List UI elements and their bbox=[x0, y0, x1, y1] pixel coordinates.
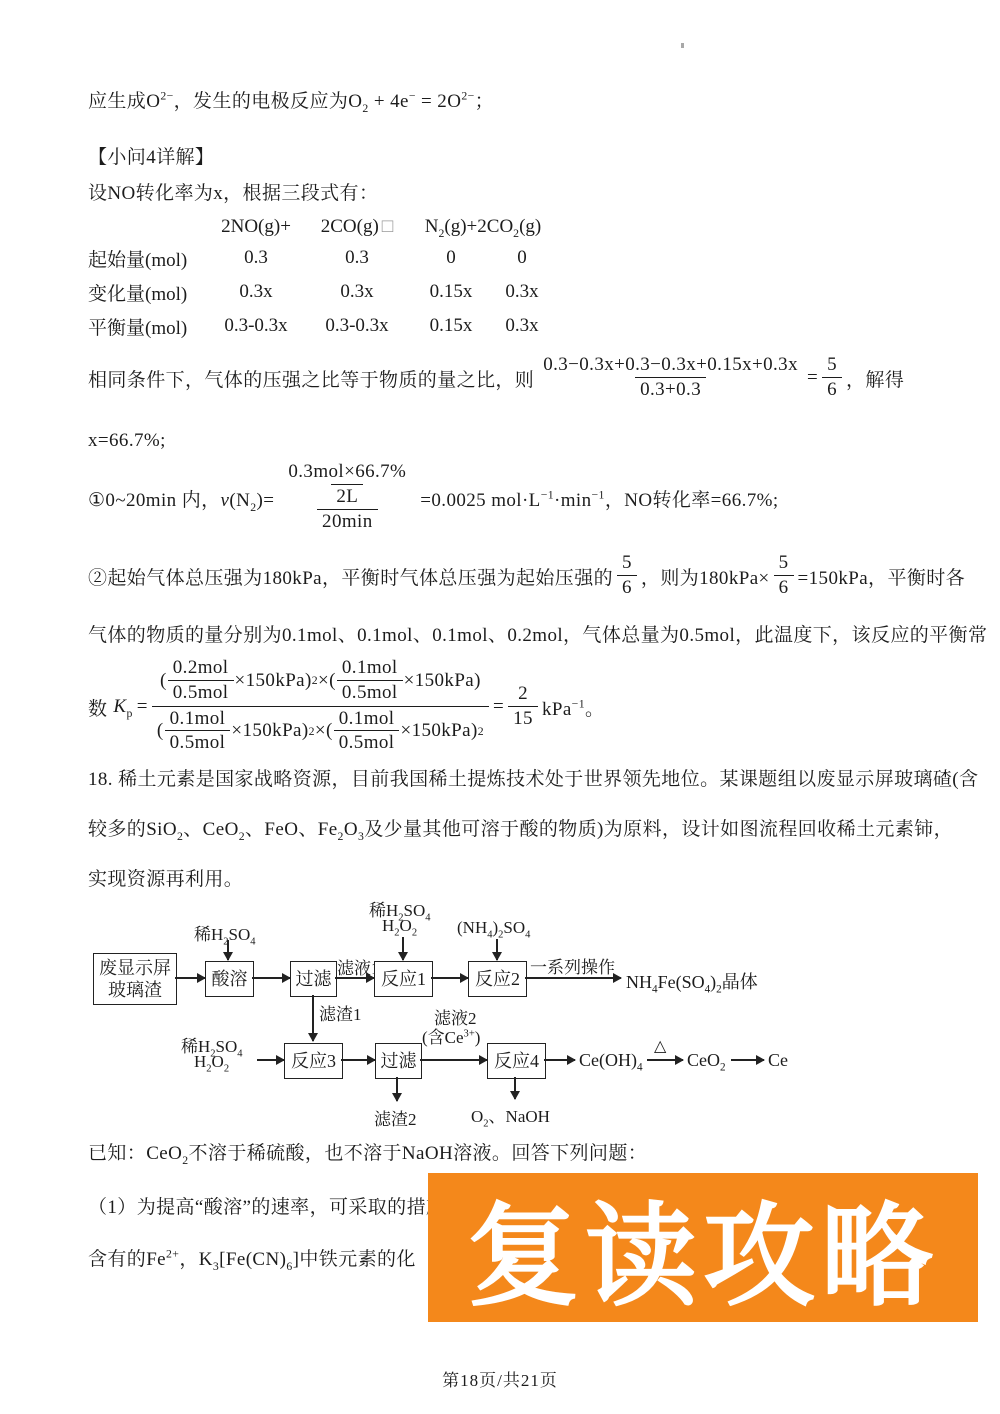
arrow-down bbox=[227, 940, 229, 960]
ice-table: 2NO(g)+ 2CO(g)□ N2(g)+2CO2(g) 起始量(mol) 0… bbox=[88, 212, 554, 343]
arrow-right bbox=[335, 977, 374, 979]
box-reaction-2: 反应2 bbox=[468, 961, 527, 997]
document-page: 应生成O2−，发生的电极反应为O2 + 4e− = 2O2−； 【小问4详解】 … bbox=[0, 0, 1000, 1414]
table-row: 变化量(mol) 0.3x 0.3x 0.15x 0.3x bbox=[88, 275, 554, 309]
question18-line3: 实现资源再利用。 bbox=[88, 864, 243, 891]
label-residue-1: 滤渣1 bbox=[319, 1000, 362, 1025]
label-h2o2: H2O2 bbox=[194, 1052, 229, 1072]
reaction-term-2co: 2CO(g)□ bbox=[302, 212, 412, 241]
kp-result-fraction: 2 15 bbox=[508, 683, 538, 732]
arrow-down bbox=[402, 937, 404, 960]
arrow-down bbox=[514, 1077, 516, 1099]
pressure-total-line1: ②起始气体总压强为180kPa，平衡时气体总压强为起始压强的 5 6 ，则为18… bbox=[88, 550, 965, 602]
table-row: 起始量(mol) 0.3 0.3 0 0 bbox=[88, 241, 554, 275]
label-ce: Ce bbox=[768, 1050, 788, 1071]
pressure-total-line2: 气体的物质的量分别为0.1mol、0.1mol、0.1mol、0.2mol，气体… bbox=[88, 620, 987, 647]
missing-glyph-box: □ bbox=[382, 216, 393, 237]
box-reaction-1: 反应1 bbox=[374, 961, 433, 997]
label-ceo2: CeO2 bbox=[687, 1050, 726, 1071]
pressure-fraction: 0.3−0.3x+0.3−0.3x+0.15x+0.3x 0.3+0.3 bbox=[538, 354, 803, 403]
subquestion4-heading: 【小问4详解】 bbox=[88, 142, 214, 169]
arrow-right bbox=[647, 1059, 683, 1061]
question18-line1: 18. 稀土元素是国家战略资源，目前我国稀土提炼技术处于世界领先地位。某课题组以… bbox=[88, 764, 978, 791]
repeat-study-banner: 复读攻略 bbox=[428, 1173, 978, 1322]
arrow-right bbox=[420, 1059, 487, 1061]
arrow-right bbox=[252, 977, 290, 979]
arrow-right bbox=[431, 977, 468, 979]
label-contains-ce3: (含Ce3+) bbox=[422, 1023, 480, 1048]
arrow-right bbox=[544, 1059, 575, 1061]
pressure-ratio-line: 相同条件下，气体的压强之比等于物质的量之比，则 0.3−0.3x+0.3−0.3… bbox=[88, 346, 904, 410]
page-number: 第18页/共21页 bbox=[0, 1366, 1000, 1391]
label-ammonium-sulfate: (NH4)2SO4 bbox=[457, 918, 530, 938]
kp-big-fraction: ( 0.2mol0.5mol ×150kPa)2 ×( 0.1mol0.5mol… bbox=[152, 657, 489, 757]
scan-speck bbox=[681, 43, 684, 48]
label-series-operations: 一系列操作 bbox=[530, 953, 615, 978]
box-acid-dissolve: 酸溶 bbox=[205, 961, 254, 997]
arrow-down bbox=[396, 1077, 398, 1101]
box-reaction-4: 反应4 bbox=[487, 1043, 546, 1079]
label-o2-naoh: O2、NaOH bbox=[471, 1102, 550, 1127]
kp-equation-line: 数 Kp = ( 0.2mol0.5mol ×150kPa)2 ×( 0.1mo… bbox=[88, 652, 604, 762]
arrow-right bbox=[731, 1059, 764, 1061]
reaction-term-products: N2(g)+2CO2(g) bbox=[412, 212, 554, 241]
kp-numerator: ( 0.2mol0.5mol ×150kPa)2 ×( 0.1mol0.5mol… bbox=[155, 657, 486, 706]
box-filter-1: 过滤 bbox=[290, 961, 337, 997]
kp-denominator: ( 0.1mol0.5mol ×150kPa)2 ×( 0.1mol0.5mol… bbox=[152, 706, 489, 758]
five-sixths-fraction: 5 6 bbox=[822, 354, 842, 403]
label-ceoh4: Ce(OH)4 bbox=[579, 1050, 643, 1071]
kp-unit: kPa−1。 bbox=[542, 694, 604, 721]
arrow-right bbox=[175, 977, 205, 979]
x-result-line: x=66.7%; bbox=[88, 430, 166, 452]
arrow-right bbox=[525, 977, 621, 979]
question1-line: （1）为提高“酸溶”的速率，可采取的措施是 bbox=[88, 1192, 465, 1219]
label-h2o2: H2O2 bbox=[382, 916, 417, 936]
box-filter-2: 过滤 bbox=[375, 1043, 422, 1079]
delta-heat-icon: △ bbox=[654, 1036, 666, 1056]
ice-setup-line: 设NO转化率为x，根据三段式有： bbox=[88, 178, 378, 205]
rate-fraction: 0.3mol×66.7% 2L 20min bbox=[278, 461, 416, 535]
label-residue-2: 滤渣2 bbox=[374, 1105, 417, 1130]
five-sixths-fraction: 5 6 bbox=[774, 552, 794, 601]
arrow-down bbox=[496, 939, 498, 960]
table-row: 2NO(g)+ 2CO(g)□ N2(g)+2CO2(g) bbox=[88, 212, 554, 241]
arrow-right bbox=[257, 1059, 284, 1061]
label-product-crystal: NH4Fe(SO4)2晶体 bbox=[626, 968, 758, 994]
box-waste-glass: 废显示屏玻璃渣 bbox=[93, 953, 177, 1005]
kp-symbol: Kp bbox=[113, 696, 132, 718]
known-conditions-line: 已知：CeO2不溶于稀硫酸，也不溶于NaOH溶液。回答下列问题： bbox=[88, 1138, 647, 1165]
arrow-right bbox=[341, 1059, 375, 1061]
arrow-down bbox=[312, 995, 314, 1041]
table-row: 平衡量(mol) 0.3-0.3x 0.3-0.3x 0.15x 0.3x bbox=[88, 309, 554, 343]
box-reaction-3: 反应3 bbox=[284, 1043, 343, 1079]
process-flowchart: 废显示屏玻璃渣 酸溶 过滤 滤液1 反应1 反应2 一系列操作 NH4Fe(SO… bbox=[88, 893, 948, 1133]
question18-line2: 较多的SiO2、CeO2、FeO、Fe2O3及少量其他可溶于酸的物质)为原料，设… bbox=[88, 814, 953, 841]
label-dilute-h2so4: 稀H2SO4 bbox=[194, 920, 256, 945]
question1-continued-line: 含有的Fe2+，K3[Fe(CN)6]中铁元素的化 bbox=[88, 1244, 416, 1271]
electrode-reaction-line: 应生成O2−，发生的电极反应为O2 + 4e− = 2O2−； bbox=[88, 86, 494, 113]
five-sixths-fraction: 5 6 bbox=[617, 552, 637, 601]
rate-calculation-line: ①0~20min 内，v(N2)= 0.3mol×66.7% 2L 20min … bbox=[88, 458, 779, 538]
reaction-term-2no: 2NO(g)+ bbox=[210, 212, 302, 241]
